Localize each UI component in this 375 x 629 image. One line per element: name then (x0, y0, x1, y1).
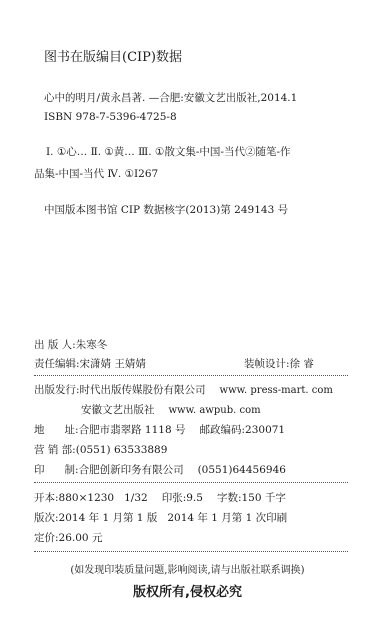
designer-value: 徐 睿 (290, 358, 314, 370)
designer-row: 装帧设计:徐 睿 (244, 359, 314, 370)
edition-row: 版次:2014 年 1 月第 1 版 2014 年 1 月第 1 次印刷 (34, 513, 287, 524)
price-row: 定价:26.00 元 (34, 533, 102, 544)
editor-row: 责任编辑:宋潇婧 王婧婧 (34, 359, 146, 370)
divider-dotted (34, 375, 348, 376)
publisher-row: 出 版 人:朱寒冬 (34, 340, 107, 351)
editor-value: 宋潇婧 王婧婧 (80, 358, 146, 370)
copyright-notice: 版权所有,侵权必究 (0, 586, 375, 599)
press-url: www. awpub. com (169, 405, 261, 416)
cip-classification-line2: 品集-中国-当代 Ⅳ. ①I267 (34, 169, 158, 180)
distributor-label: 出版发行: (34, 384, 80, 396)
edition-label: 版次: (34, 512, 59, 524)
distributor-url: www. press-mart. com (220, 385, 333, 396)
words-value: 150 千字 (242, 492, 286, 504)
cip-heading: 图书在版编目(CIP)数据 (44, 51, 182, 64)
marketing-label: 营 销 部: (34, 444, 76, 456)
cip-verification: 中国版本图书馆 CIP 数据核字(2013)第 249143 号 (44, 205, 288, 216)
distributor-value: 时代出版传媒股份有限公司 (80, 384, 206, 396)
address-row: 地 址:合肥市翡翠路 1118 号邮政编码:230071 (34, 425, 285, 436)
cip-title-line: 心中的明月/黄永昌著. —合肥:安徽文艺出版社,2014.1 (44, 93, 297, 104)
quality-notice: (如发现印装质量问题,影响阅读,请与出版社联系调换) (0, 566, 375, 576)
press-name: 安徽文艺出版社 (81, 404, 155, 416)
divider-dotted (34, 551, 348, 552)
distributor-row: 出版发行:时代出版传媒股份有限公司www. press-mart. com (34, 385, 333, 396)
edition-value: 2014 年 1 月第 1 版 2014 年 1 月第 1 次印刷 (59, 512, 288, 524)
price-label: 定价: (34, 532, 59, 544)
sheets-label: 印张: (162, 492, 187, 504)
format-value: 880×1230 1/32 (59, 492, 148, 504)
marketing-value: (0551) 63533889 (76, 444, 168, 456)
address-value: 合肥市翡翠路 1118 号 (79, 424, 186, 436)
address-label: 地 址: (34, 424, 79, 436)
words-label: 字数: (217, 492, 242, 504)
marketing-row: 营 销 部:(0551) 63533889 (34, 445, 167, 456)
press-row: 安徽文艺出版社www. awpub. com (81, 405, 261, 416)
publisher-label: 出 版 人: (34, 339, 76, 351)
printer-row: 印 制:合肥创新印务有限公司(0551)64456946 (34, 465, 286, 476)
price-value: 26.00 元 (59, 532, 103, 544)
publisher-value: 朱寒冬 (76, 339, 108, 351)
format-row: 开本:880×1230 1/32印张:9.5字数:150 千字 (34, 493, 286, 504)
cip-isbn: ISBN 978-7-5396-4725-8 (44, 112, 177, 123)
printer-value: 合肥创新印务有限公司 (79, 464, 184, 476)
postcode-value: 230071 (245, 424, 285, 436)
editor-label: 责任编辑: (34, 358, 80, 370)
sheets-value: 9.5 (186, 492, 203, 504)
designer-label: 装帧设计: (244, 358, 290, 370)
cip-classification-line1: Ⅰ. ①心… Ⅱ. ①黄… Ⅲ. ①散文集-中国-当代②随笔-作 (46, 147, 291, 158)
printer-label: 印 制: (34, 464, 79, 476)
printer-phone: (0551)64456946 (198, 464, 286, 476)
postcode-label: 邮政编码: (199, 424, 245, 436)
divider-dotted (34, 482, 348, 483)
format-label: 开本: (34, 492, 59, 504)
